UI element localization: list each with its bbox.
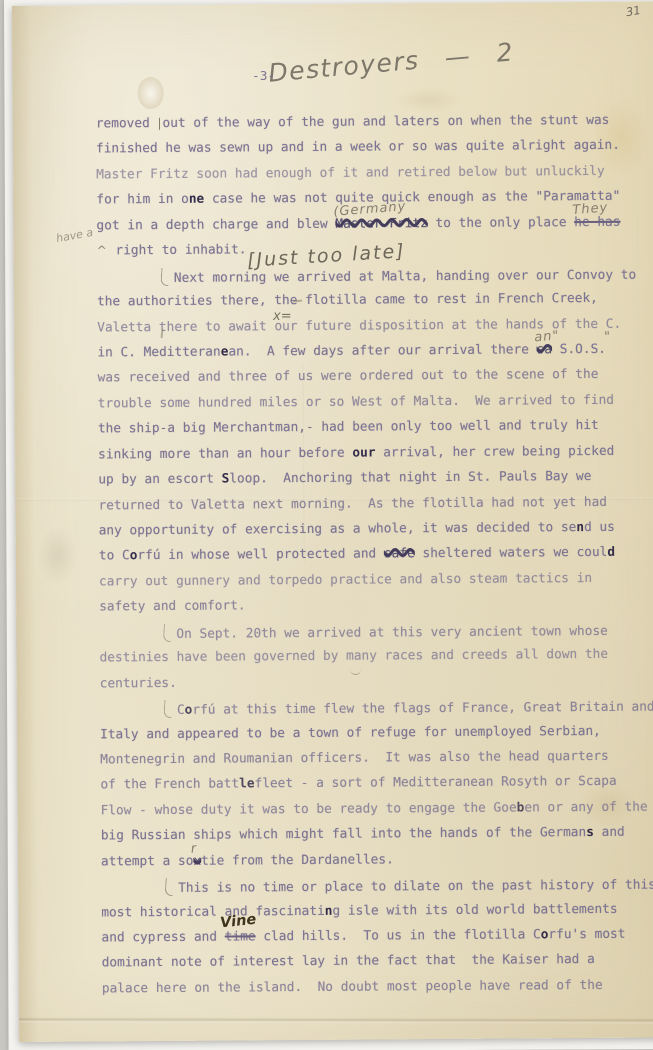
typed-line: removed |out of the way of the gun and l… [96, 107, 653, 136]
typed-line: centuries. [100, 667, 653, 696]
typed-line: to Corfú in whose well protected and saf… [99, 540, 653, 569]
typed-line: Flow - whose duty it was to be ready to … [101, 794, 653, 823]
typed-line: trouble some hundred miles or so West of… [98, 387, 653, 416]
proofreading-mark: x= [273, 309, 292, 324]
typed-text: removed |out of the way of the gun and l… [12, 1, 653, 1002]
typed-page-label: -3- [252, 69, 275, 84]
typed-line: and cypress and Vinetime clad hills. To … [101, 921, 653, 950]
typed-line: palace here on the island. No doubt most… [102, 972, 653, 1001]
page-number: 31 [625, 3, 642, 19]
typed-line: This is no time or place to dilate on th… [101, 871, 653, 900]
paragraph-mark-icon [160, 267, 169, 285]
typed-line: dominant note of interest lay in the fac… [102, 947, 653, 976]
typed-line: got in a depth charge and blew (GermanyM… [96, 209, 653, 238]
typed-line: Valetta there to await our future dispos… [97, 311, 653, 340]
typed-line: in C. Meditteranean. A few days after ou… [97, 336, 653, 365]
typed-line: Italy and appeared to be a town of refug… [100, 718, 653, 747]
typed-line: big Russian ships which might fall into … [101, 820, 653, 849]
typed-line: Next morning we arrived at Malta, handin… [97, 260, 653, 289]
typed-line: up by an escort Sloop. Anchoring that ni… [98, 464, 653, 493]
paragraph-mark-icon [163, 700, 172, 718]
typed-line: of the French battlefleet - a sort of Me… [100, 769, 653, 798]
typed-line: destinies have been governed by many rac… [99, 642, 653, 671]
typed-line: returned to Valetta next morning. As the… [98, 489, 653, 518]
typed-line: finished he was sewn up and in a week or… [96, 133, 653, 162]
typed-line: attempt a sorxtie from the Dardanelles. [101, 845, 653, 874]
typed-line: Corfú at this time flew the flags of Fra… [100, 693, 653, 722]
typed-line: the ship-a big Merchantman,- had been on… [98, 413, 653, 442]
typed-line: On Sept. 20th we arrived at this very an… [99, 616, 653, 645]
paper-fold-crease [19, 1017, 653, 1023]
typed-line: was received and three of us were ordere… [98, 362, 653, 391]
paragraph-mark-icon [165, 878, 174, 896]
typed-line: Master Fritz soon had enough of it and r… [96, 158, 653, 187]
typed-line: any opportunity of exercising as a whole… [99, 514, 653, 543]
typed-line: Montenegrin and Roumanian officers. It w… [100, 743, 653, 772]
typed-line: carry out gunnery and torpedo practice a… [99, 565, 653, 594]
typed-line: sinking more than an hour before our arr… [98, 438, 653, 467]
typed-line: most historical and fascinating isle wit… [101, 896, 653, 925]
typed-line: the authorities there, the flotilla came… [97, 286, 653, 315]
typed-line: safety and comfort. [99, 591, 653, 620]
paragraph-mark-icon [163, 623, 172, 641]
manuscript-page: removed |out of the way of the gun and l… [12, 1, 653, 1041]
